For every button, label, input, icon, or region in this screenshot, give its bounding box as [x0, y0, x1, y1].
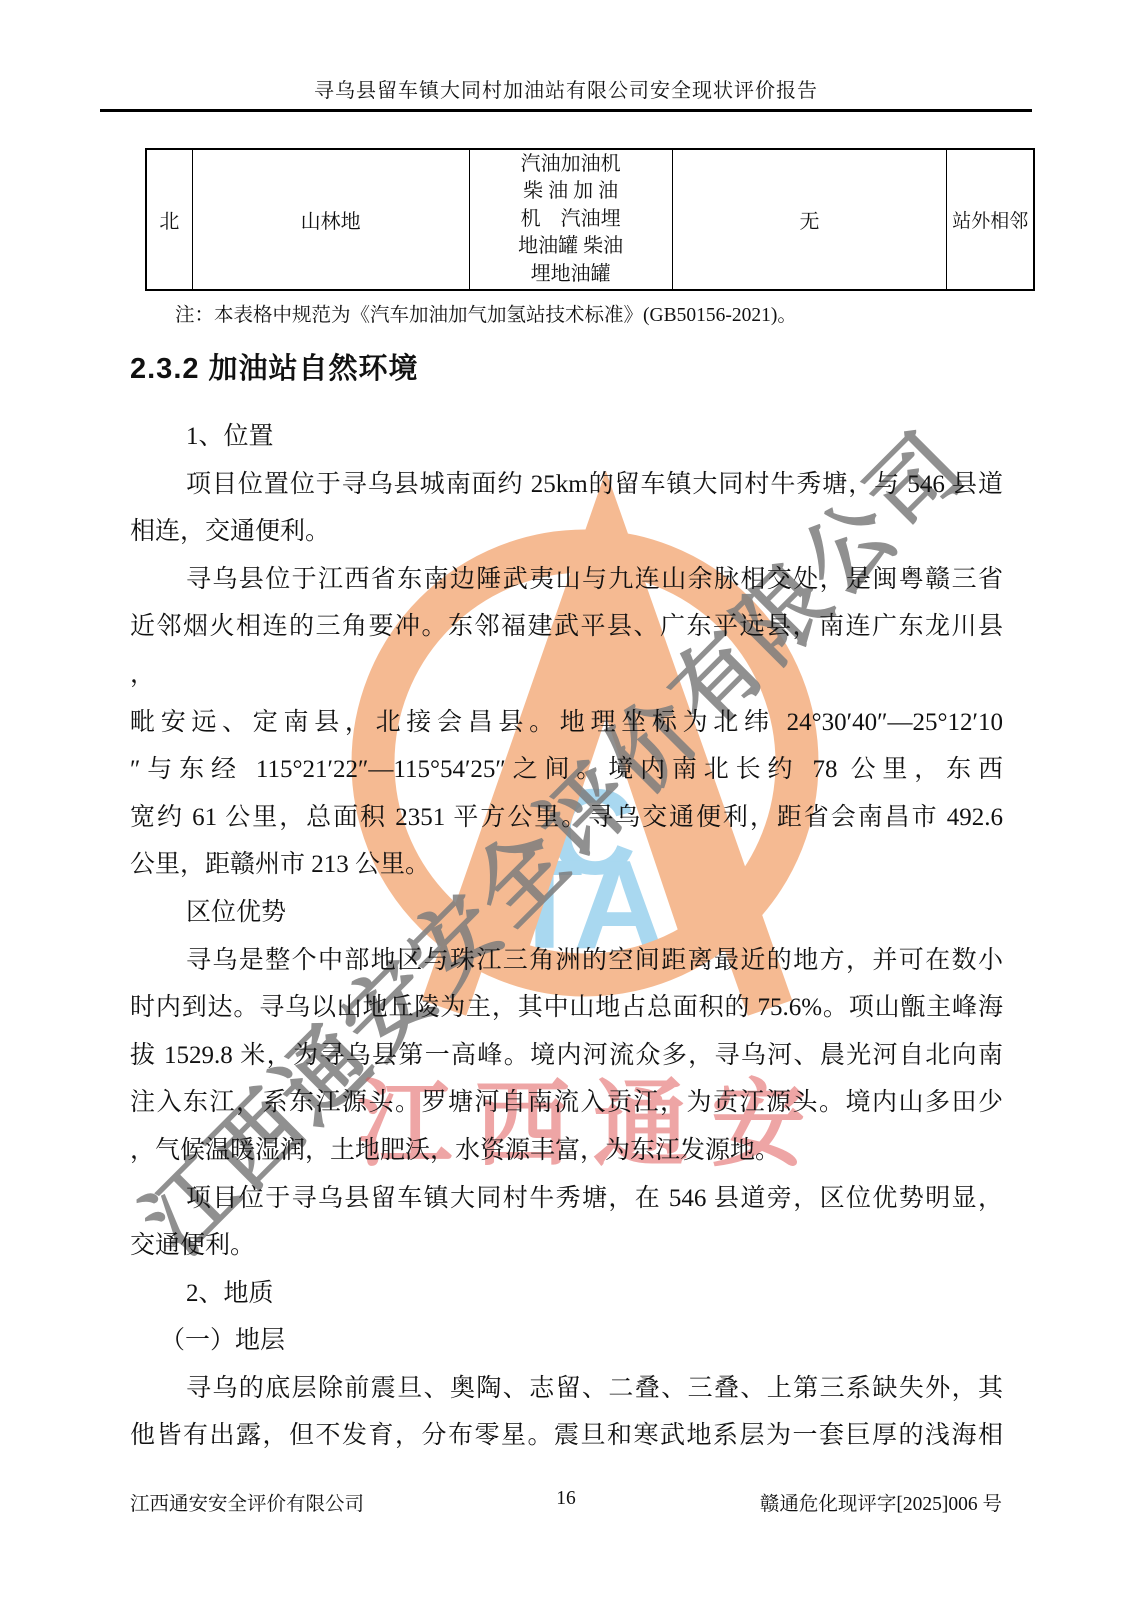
page-header-title: 寻乌县留车镇大同村加油站有限公司安全现状评价报告	[100, 74, 1032, 103]
body-line: 他皆有出露，但不发育，分布零星。震旦和寒武地系层为一套巨厚的浅海相	[130, 1412, 1003, 1460]
body-line: 区位优势	[130, 889, 1003, 937]
body-line: 相连，交通便利。	[130, 508, 1003, 556]
document-content: 寻乌县留车镇大同村加油站有限公司安全现状评价报告 北 山林地 汽油加油机 柴 油…	[0, 0, 1131, 1600]
body-line: 公里，距赣州市 213 公里。	[130, 841, 1003, 889]
body-line: 注入东江，系东江源头。罗塘河自南流入贡江，为贡江源头。境内山多田少	[130, 1079, 1003, 1127]
facilities-line: 埋地油罐	[531, 261, 611, 288]
facilities-line: 机 汽油埋	[521, 206, 621, 233]
table-cell-terrain: 山林地	[192, 150, 469, 289]
table-note: 注：本表格中规范为《汽车加油加气加氢站技术标准》(GB50156-2021)。	[175, 299, 797, 327]
header-rule	[100, 109, 1032, 112]
body-line: 时内到达。寻乌以山地丘陵为主，其中山地占总面积的 75.6%。项山甑主峰海	[130, 984, 1003, 1032]
body-line: 项目位于寻乌县留车镇大同村牛秀塘，在 546 县道旁，区位优势明显，	[130, 1175, 1003, 1223]
body-line: 拔 1529.8 米，为寻乌县第一高峰。境内河流众多，寻乌河、晨光河自北向南	[130, 1032, 1003, 1080]
footer-company: 江西通安安全评价有限公司	[130, 1488, 364, 1516]
body-line: 宽约 61 公里，总面积 2351 平方公里。寻乌交通便利，距省会南昌市 492…	[130, 794, 1003, 842]
facilities-line: 地油罐 柴油	[518, 233, 623, 260]
body-line: 2、地质	[130, 1270, 1003, 1318]
body-line: 寻乌的底层除前震旦、奥陶、志留、二叠、三叠、上第三系缺失外，其	[130, 1365, 1003, 1413]
body-text: 1、位置 项目位置位于寻乌县城南面约 25km的留车镇大同村牛秀塘，与 546 …	[130, 413, 1003, 1460]
table-cell-facilities: 汽油加油机 柴 油 加 油 机 汽油埋 地油罐 柴油 埋地油罐	[469, 150, 672, 289]
body-line: 交通便利。	[130, 1222, 1003, 1270]
body-line: 近邻烟火相连的三角要冲。东邻福建武平县、广东平远县，南连广东龙川县	[130, 603, 1003, 651]
section-heading: 2.3.2 加油站自然环境	[130, 346, 419, 387]
page-footer: 江西通安安全评价有限公司 16 赣通危化现评字[2025]006 号	[130, 1488, 1002, 1514]
table-cell-direction: 北	[147, 150, 192, 289]
body-line: 1、位置	[130, 413, 1003, 461]
facilities-line: 汽油加油机	[521, 151, 621, 178]
body-line: ″与东经 115°21′22″—115°54′25″之间。境内南北长约 78 公…	[130, 746, 1003, 794]
body-line: 项目位置位于寻乌县城南面约 25km的留车镇大同村牛秀塘，与 546 县道	[130, 461, 1003, 509]
footer-page-number: 16	[556, 1488, 576, 1510]
facilities-line: 柴 油 加 油	[523, 178, 618, 205]
body-line: ，	[130, 651, 1003, 699]
body-line: ，气候温暖湿润，土地肥沃，水资源丰富，为东江发源地。	[130, 1127, 1003, 1175]
report-page: C TA 江西通安安全评价有限公司 江西通安 寻乌县留车镇大同村加油站有限公司安…	[0, 0, 1131, 1600]
body-line: 寻乌是整个中部地区与珠江三角洲的空间距离最近的地方，并可在数小	[130, 937, 1003, 985]
table-cell-relation: 站外相邻	[946, 150, 1033, 289]
body-line: （一）地层	[130, 1317, 1003, 1365]
footer-doc-number: 赣通危化现评字[2025]006 号	[760, 1488, 1002, 1516]
body-line: 毗安远、定南县，北接会昌县。地理坐标为北纬 24°30′40″—25°12′10	[130, 699, 1003, 747]
body-line: 寻乌县位于江西省东南边陲武夷山与九连山余脉相交处，是闽粤赣三省	[130, 556, 1003, 604]
adjacency-table: 北 山林地 汽油加油机 柴 油 加 油 机 汽油埋 地油罐 柴油 埋地油罐 无 …	[145, 148, 1035, 291]
table-cell-hazard: 无	[672, 150, 947, 289]
